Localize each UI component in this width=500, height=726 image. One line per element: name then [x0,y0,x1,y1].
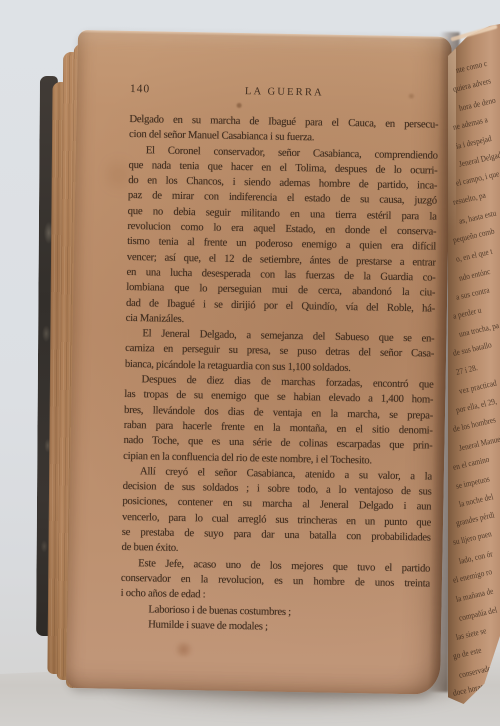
running-title: LA GUERRA [130,84,439,101]
page-body: Delgado en su marcha de Ibagué para el C… [120,112,438,638]
book-page: 140 LA GUERRA Delgado en su marcha de Ib… [66,30,452,695]
book-photo: 140 LA GUERRA Delgado en su marcha de Ib… [0,0,500,726]
facing-page-edge: nte como c quiera advers hora de deno ne… [448,24,500,704]
page-content: 140 LA GUERRA Delgado en su marcha de Ib… [66,30,452,695]
facing-page-text: nte como c quiera advers hora de deno ne… [453,64,500,704]
fragment-line: nte como c [455,48,500,76]
page-header: 140 LA GUERRA [130,83,439,103]
